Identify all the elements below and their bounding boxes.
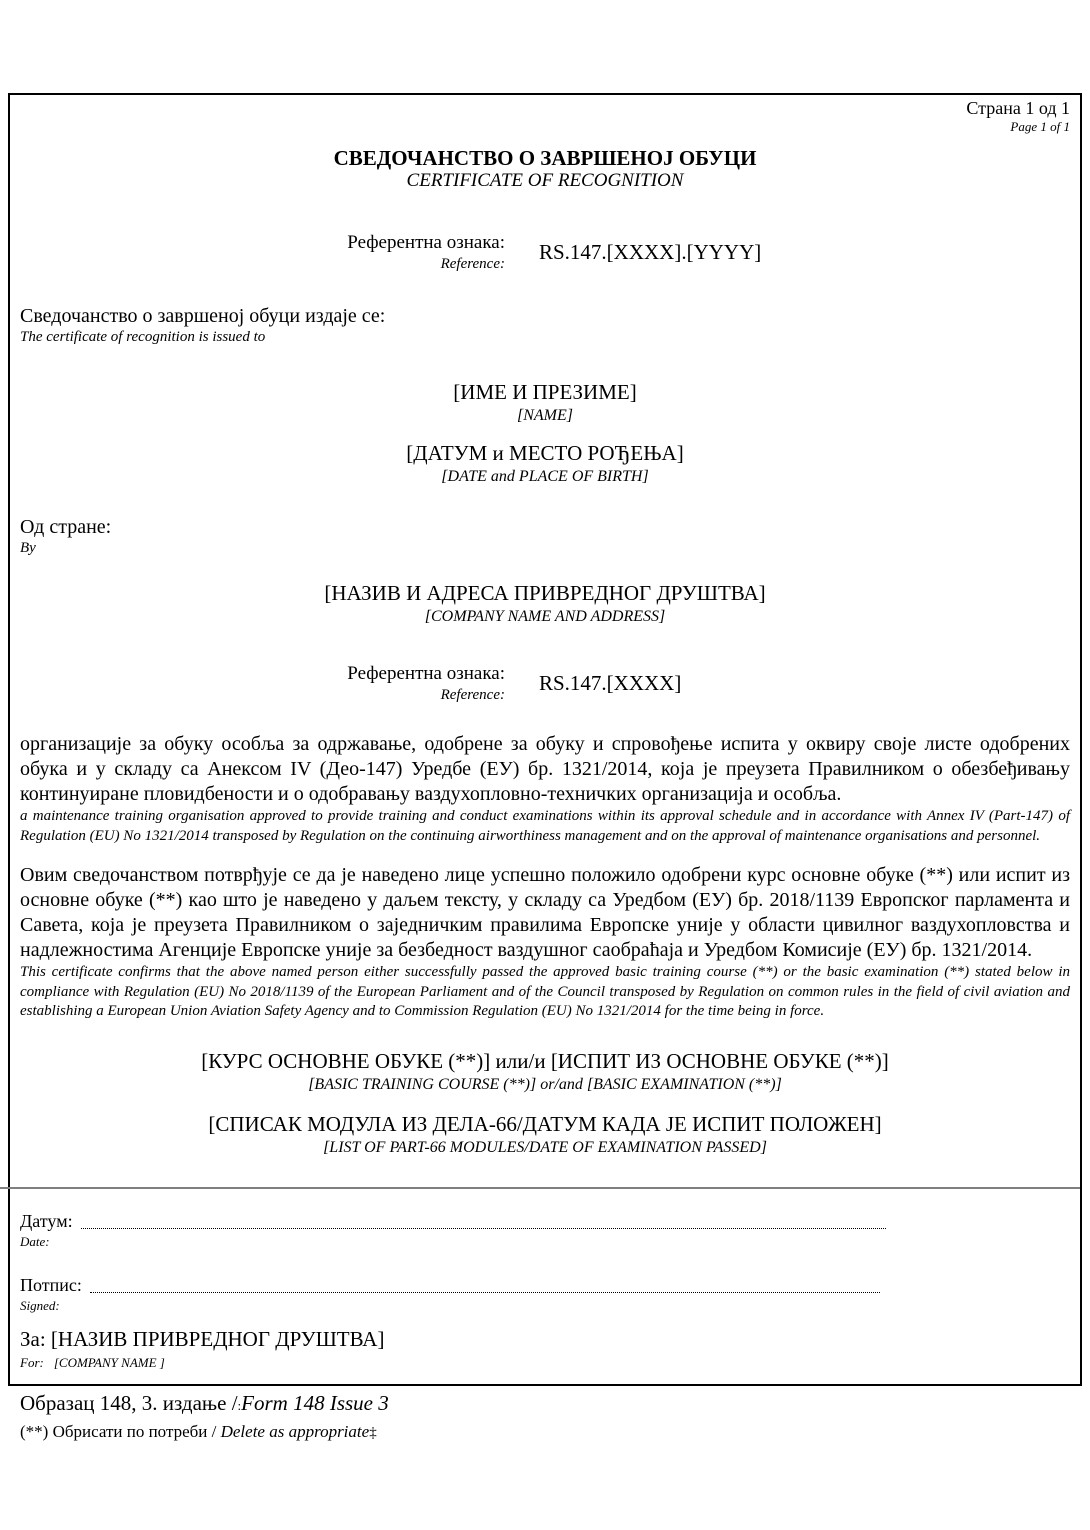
company-reference-value: RS.147.[XXXX] [539,671,681,696]
reference-row-company: Референтна ознака: Reference: RS.147.[XX… [20,663,1070,705]
form-number-line: Образац 148, 3. издање /:Form 148 Issue … [20,1391,389,1416]
footnote-line: (**) Обрисати по потреби / Delete as app… [20,1422,377,1442]
issued-to-label-sr: Сведочанство о завршеној обуци издаје се… [20,304,1070,328]
company-placeholder-sr: [НАЗИВ И АДРЕСА ПРИВРЕДНОГ ДРУШТВА] [20,581,1070,605]
name-placeholder-en: [NAME] [20,406,1070,426]
issued-by-section: Од стране: By [20,515,1070,559]
course-line-en: [BASIC TRAINING COURSE (**)] or/and [BAS… [20,1075,1070,1095]
confirmation-clause-sr: Овим сведочанством потврђује се да је на… [20,863,1070,963]
footnote-mark: ‡ [369,1425,377,1441]
company-reference-labels: Референтна ознака: Reference: [20,663,505,705]
for-company-block: За: [НАЗИВ ПРИВРЕДНОГ ДРУШТВА] For:[COMP… [20,1327,384,1371]
issued-by-label-en: By [20,539,1070,559]
for-company-line-sr: За: [НАЗИВ ПРИВРЕДНОГ ДРУШТВА] [20,1327,384,1351]
organisation-clause: организације за обуку особља за одржавањ… [20,732,1070,846]
reference-row-top: Референтна ознака: Reference: RS.147.[XX… [20,232,1070,274]
date-label-sr: Датум: [20,1211,73,1233]
organisation-clause-sr: организације за обуку особља за одржавањ… [20,732,1070,807]
certificate-title-sr: СВЕДОЧАНСТВО О ЗАВРШЕНОЈ ОБУЦИ [20,147,1070,170]
modules-line-en: [LIST OF PART-66 MODULES/DATE OF EXAMINA… [20,1138,1070,1158]
signature-dotted-line [90,1292,880,1293]
confirmation-clause-en: This certificate confirms that the above… [20,963,1070,1022]
for-value-en: [COMPANY NAME ] [54,1355,165,1370]
name-placeholder-block: [ИМЕ И ПРЕЗИМЕ] [NAME] [20,380,1070,426]
signature-row: Потпис: [20,1275,880,1297]
date-row: Датум: [20,1211,886,1233]
date-field-block: Датум: Date: [20,1211,886,1250]
company-placeholder-block: [НАЗИВ И АДРЕСА ПРИВРЕДНОГ ДРУШТВА] [COM… [20,581,1070,627]
for-company-line-en: For:[COMPANY NAME ] [20,1355,384,1371]
signature-label-en: Signed: [20,1298,880,1314]
company-reference-label-en: Reference: [20,686,505,705]
section-divider-line [0,1187,1080,1189]
certificate-page: Страна 1 од 1 Page 1 of 1 СВЕДОЧАНСТВО О… [0,0,1090,1530]
reference-value: RS.147.[XXXX].[YYYY] [539,240,761,265]
modules-line-block: [СПИСАК МОДУЛА ИЗ ДЕЛА-66/ДАТУМ КАДА ЈЕ … [20,1112,1070,1158]
form-number-en: Form 148 Issue 3 [241,1391,389,1415]
footnote-en: Delete as appropriate [221,1422,370,1441]
signature-field-block: Потпис: Signed: [20,1275,880,1314]
page-indicator-sr: Страна 1 од 1 [20,98,1070,119]
modules-line-sr: [СПИСАК МОДУЛА ИЗ ДЕЛА-66/ДАТУМ КАДА ЈЕ … [20,1112,1070,1136]
name-placeholder-sr: [ИМЕ И ПРЕЗИМЕ] [20,380,1070,404]
confirmation-clause: Овим сведочанством потврђује се да је на… [20,863,1070,1022]
issued-by-label-sr: Од стране: [20,515,1070,539]
course-line-block: [КУРС ОСНОВНЕ ОБУКЕ (**)] или/и [ИСПИТ И… [20,1049,1070,1095]
company-reference-label-sr: Референтна ознака: [20,663,505,686]
reference-label-en: Reference: [20,255,505,274]
birth-placeholder-block: [ДАТУМ и МЕСТО РОЂЕЊА] [DATE and PLACE O… [20,441,1070,487]
certificate-border-box: Страна 1 од 1 Page 1 of 1 СВЕДОЧАНСТВО О… [8,93,1082,1386]
page-indicator-en: Page 1 of 1 [20,119,1070,135]
organisation-clause-en: a maintenance training organisation appr… [20,807,1070,846]
form-number-sr: Образац 148, 3. издање / [20,1391,238,1415]
reference-label-sr: Референтна ознака: [20,232,505,255]
signature-label-sr: Потпис: [20,1275,82,1297]
course-line-sr: [КУРС ОСНОВНЕ ОБУКЕ (**)] или/и [ИСПИТ И… [20,1049,1070,1073]
certificate-title-en: CERTIFICATE OF RECOGNITION [20,170,1070,192]
page-indicator: Страна 1 од 1 Page 1 of 1 [20,95,1070,135]
reference-labels: Референтна ознака: Reference: [20,232,505,274]
issued-to-label-en: The certificate of recognition is issued… [20,328,1070,348]
birth-placeholder-en: [DATE and PLACE OF BIRTH] [20,467,1070,487]
company-placeholder-en: [COMPANY NAME AND ADDRESS] [20,607,1070,627]
date-label-en: Date: [20,1234,886,1250]
date-dotted-line [81,1228,886,1229]
for-label-en: For: [20,1355,44,1370]
birth-placeholder-sr: [ДАТУМ и МЕСТО РОЂЕЊА] [20,441,1070,465]
footnote-sr: (**) Обрисати по потреби / [20,1422,221,1441]
issued-to-section: Сведочанство о завршеној обуци издаје се… [20,304,1070,348]
